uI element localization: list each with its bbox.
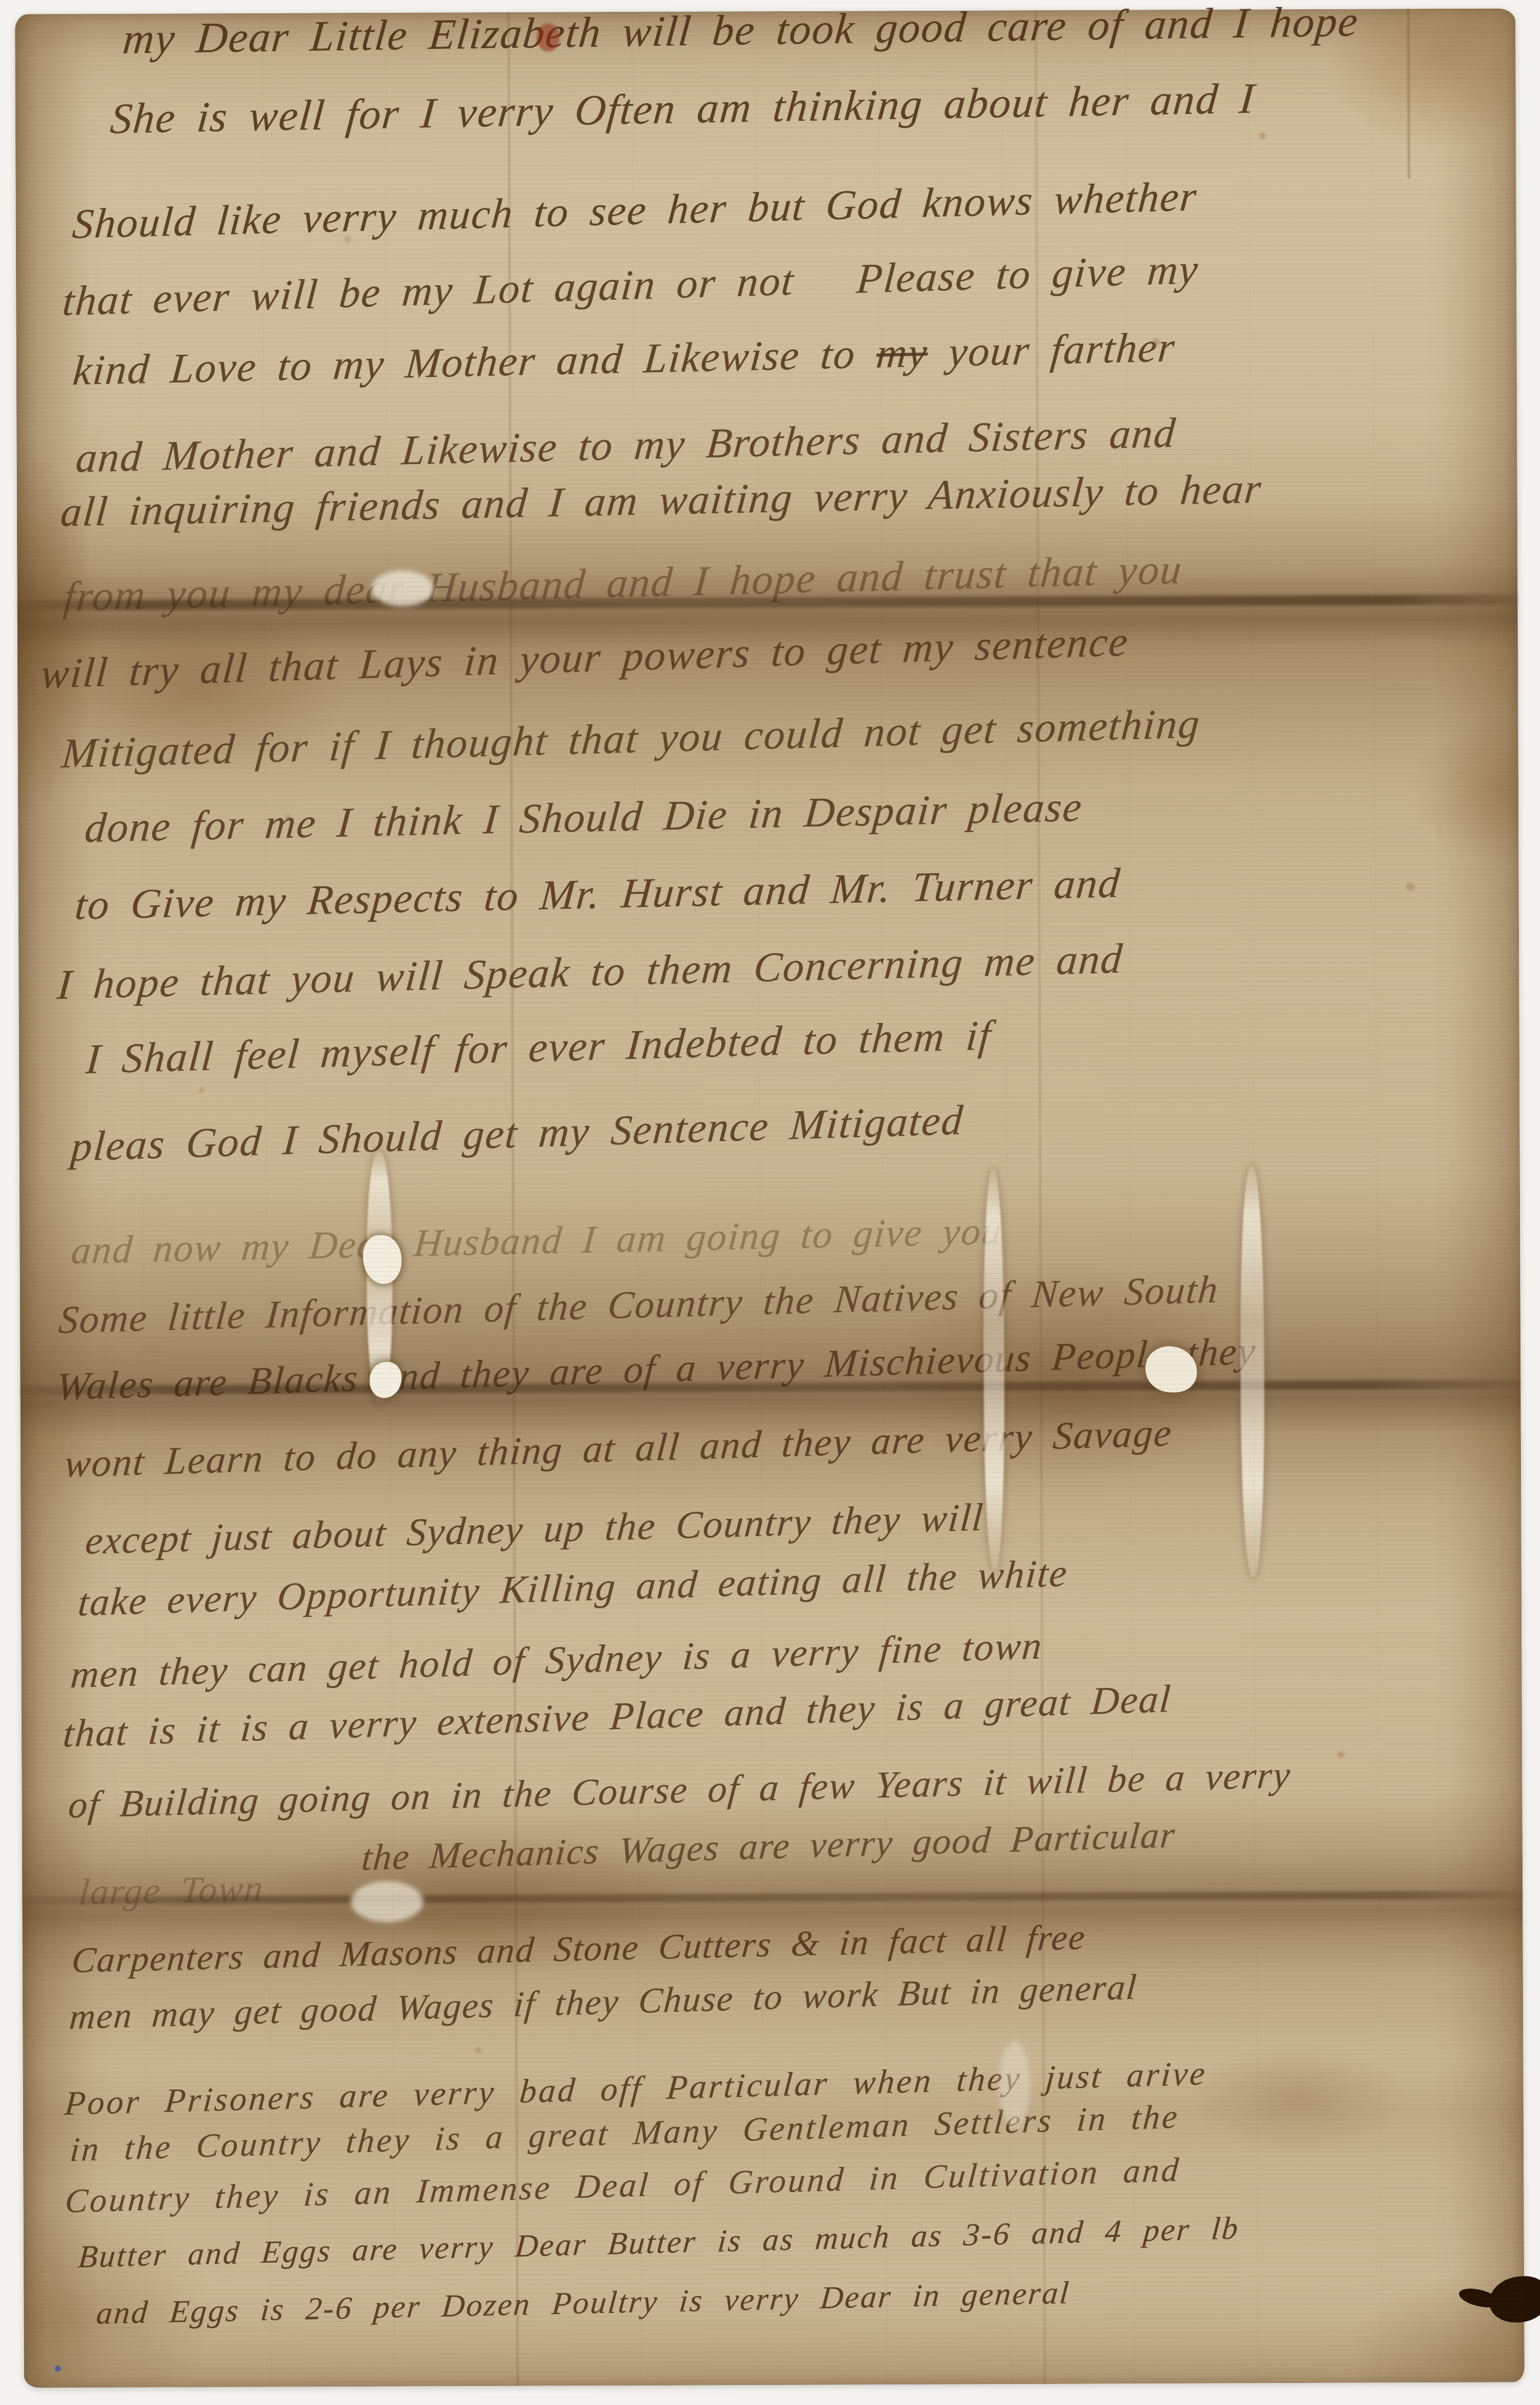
letter-line: Carpenters and Masons and Stone Cutters … (70, 1920, 1087, 1979)
letter-line: Butter and Eggs are verry Dear Butter is… (77, 2212, 1241, 2273)
letter-line: Mitigated for if I thought that you coul… (60, 703, 1202, 775)
letter-line: pleas God I Should get my Sentence Mitig… (69, 1099, 965, 1168)
abrasion-patch (372, 571, 433, 607)
letter-scan: my Dear Little Elizabeth will be took go… (0, 0, 1540, 2405)
letter-line-text: your farther (926, 324, 1177, 376)
letter-line: all inquiring friends and I am waiting v… (59, 468, 1264, 534)
letter-line: men may get good Wages if they Chuse to … (68, 1970, 1139, 2036)
letter-line: and now my Dear Husband I am going to gi… (70, 1211, 1004, 1271)
struck-word: my (875, 329, 930, 377)
foxing-spot (475, 2048, 481, 2053)
foxing-spot (199, 1088, 204, 1093)
letter-line: and Mother and Likewise to my Brothers a… (75, 412, 1178, 479)
blue-ink-dot (55, 2365, 61, 2372)
letter-line: kind Love to my Mother and Likewise to m… (71, 326, 1177, 392)
letter-line: I Shall feel myself for ever Indebted to… (84, 1014, 993, 1080)
foxing-spot (285, 815, 291, 821)
letter-line: I hope that you will Speak to them Conce… (56, 938, 1125, 1006)
letter-line: Wales are Blacks and they are of a verry… (55, 1331, 1258, 1406)
letter-paper: my Dear Little Elizabeth will be took go… (15, 8, 1525, 2388)
letter-line: wont Learn to do any thing at all and th… (63, 1413, 1174, 1483)
abrasion-patch (351, 1881, 423, 1923)
letter-line: except just about Sydney up the Country … (84, 1498, 985, 1561)
letter-line-text: kind Love to my Mother and Likewise to (71, 330, 878, 394)
foxing-spot (1337, 1752, 1344, 1758)
letter-line: will try all that Lays in your powers to… (40, 620, 1130, 695)
letter-line: take every Opportunity Killing and eatin… (77, 1553, 1069, 1622)
foxing-spot (1259, 133, 1266, 139)
red-stain (536, 24, 560, 52)
letter-line: of Building going on in the Course of a … (67, 1756, 1292, 1824)
letter-line: my Dear Little Elizabeth will be took go… (121, 0, 1361, 61)
letter-line: the Mechanics Wages are verry good Parti… (360, 1816, 1177, 1876)
foxing-spot (1152, 339, 1160, 346)
abrasion-patch (999, 2041, 1030, 2128)
vertical-crease-corner (1407, 9, 1410, 178)
paper-tear (1240, 1166, 1265, 1577)
foxing-spot (1406, 883, 1415, 891)
letter-line-faded: large Town (78, 1870, 265, 1911)
letter-line: Some little Information of the Country t… (58, 1270, 1220, 1340)
letter-line: men they can get hold of Sydney is a ver… (69, 1626, 1044, 1695)
letter-line: done for me I think I Should Die in Desp… (83, 786, 1084, 849)
letter-line: to Give my Respects to Mr. Hurst and Mr.… (73, 862, 1122, 926)
foxing-spot (345, 236, 351, 243)
letter-line: that ever will be my Lot again or not Pl… (61, 248, 1200, 322)
letter-line: She is well for I verry Often am thinkin… (108, 77, 1257, 141)
letter-line: and Eggs is 2-6 per Dozen Poultry is ver… (95, 2277, 1071, 2329)
letter-line: Should like verry much to see her but Go… (71, 175, 1199, 245)
